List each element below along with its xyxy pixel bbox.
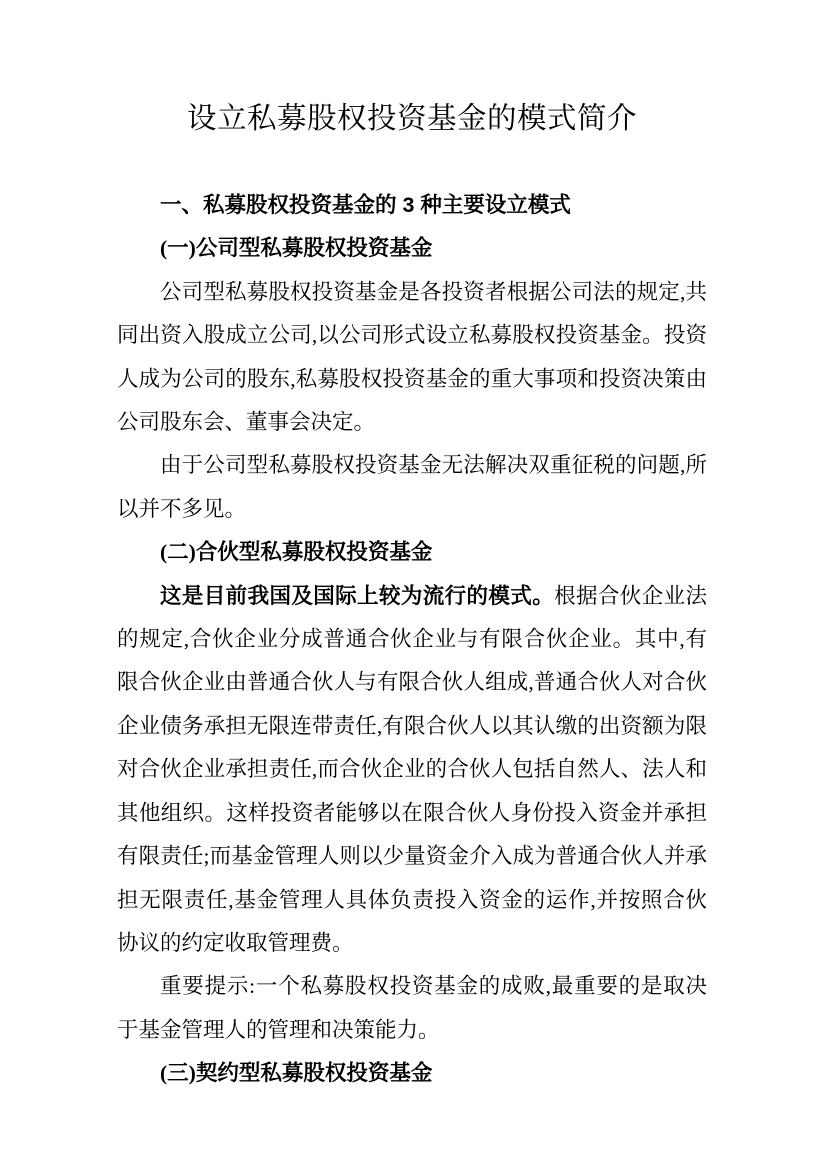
paragraph-partnership-body: 根据合伙企业法的规定,合伙企业分成普通合伙企业与有限合伙企业。其中,有限合伙企业… <box>117 584 707 955</box>
section-heading-1: 一、私募股权投资基金的 3 种主要设立模式 <box>117 184 707 227</box>
page-title: 设立私募股权投资基金的模式简介 <box>117 97 707 141</box>
document-page: 设立私募股权投资基金的模式简介 一、私募股权投资基金的 3 种主要设立模式 (一… <box>0 0 827 1169</box>
subsection-heading-partnership-type: (二)合伙型私募股权投资基金 <box>117 531 707 574</box>
paragraph-company-type-1: 公司型私募股权投资基金是各投资者根据公司法的规定,共同出资入股成立公司,以公司形… <box>117 271 707 445</box>
paragraph-bold-lead: 这是目前我国及国际上较为流行的模式。 <box>160 584 554 608</box>
subsection-heading-company-type: (一)公司型私募股权投资基金 <box>117 227 707 270</box>
subsection-heading-contract-type: (三)契约型私募股权投资基金 <box>117 1052 707 1095</box>
paragraph-partnership-type-1: 这是目前我国及国际上较为流行的模式。根据合伙企业法的规定,合伙企业分成普通合伙企… <box>117 575 707 966</box>
paragraph-important-note: 重要提示:一个私募股权投资基金的成败,最重要的是取决于基金管理人的管理和决策能力… <box>117 965 707 1052</box>
paragraph-company-type-2: 由于公司型私募股权投资基金无法解决双重征税的问题,所以并不多见。 <box>117 444 707 531</box>
